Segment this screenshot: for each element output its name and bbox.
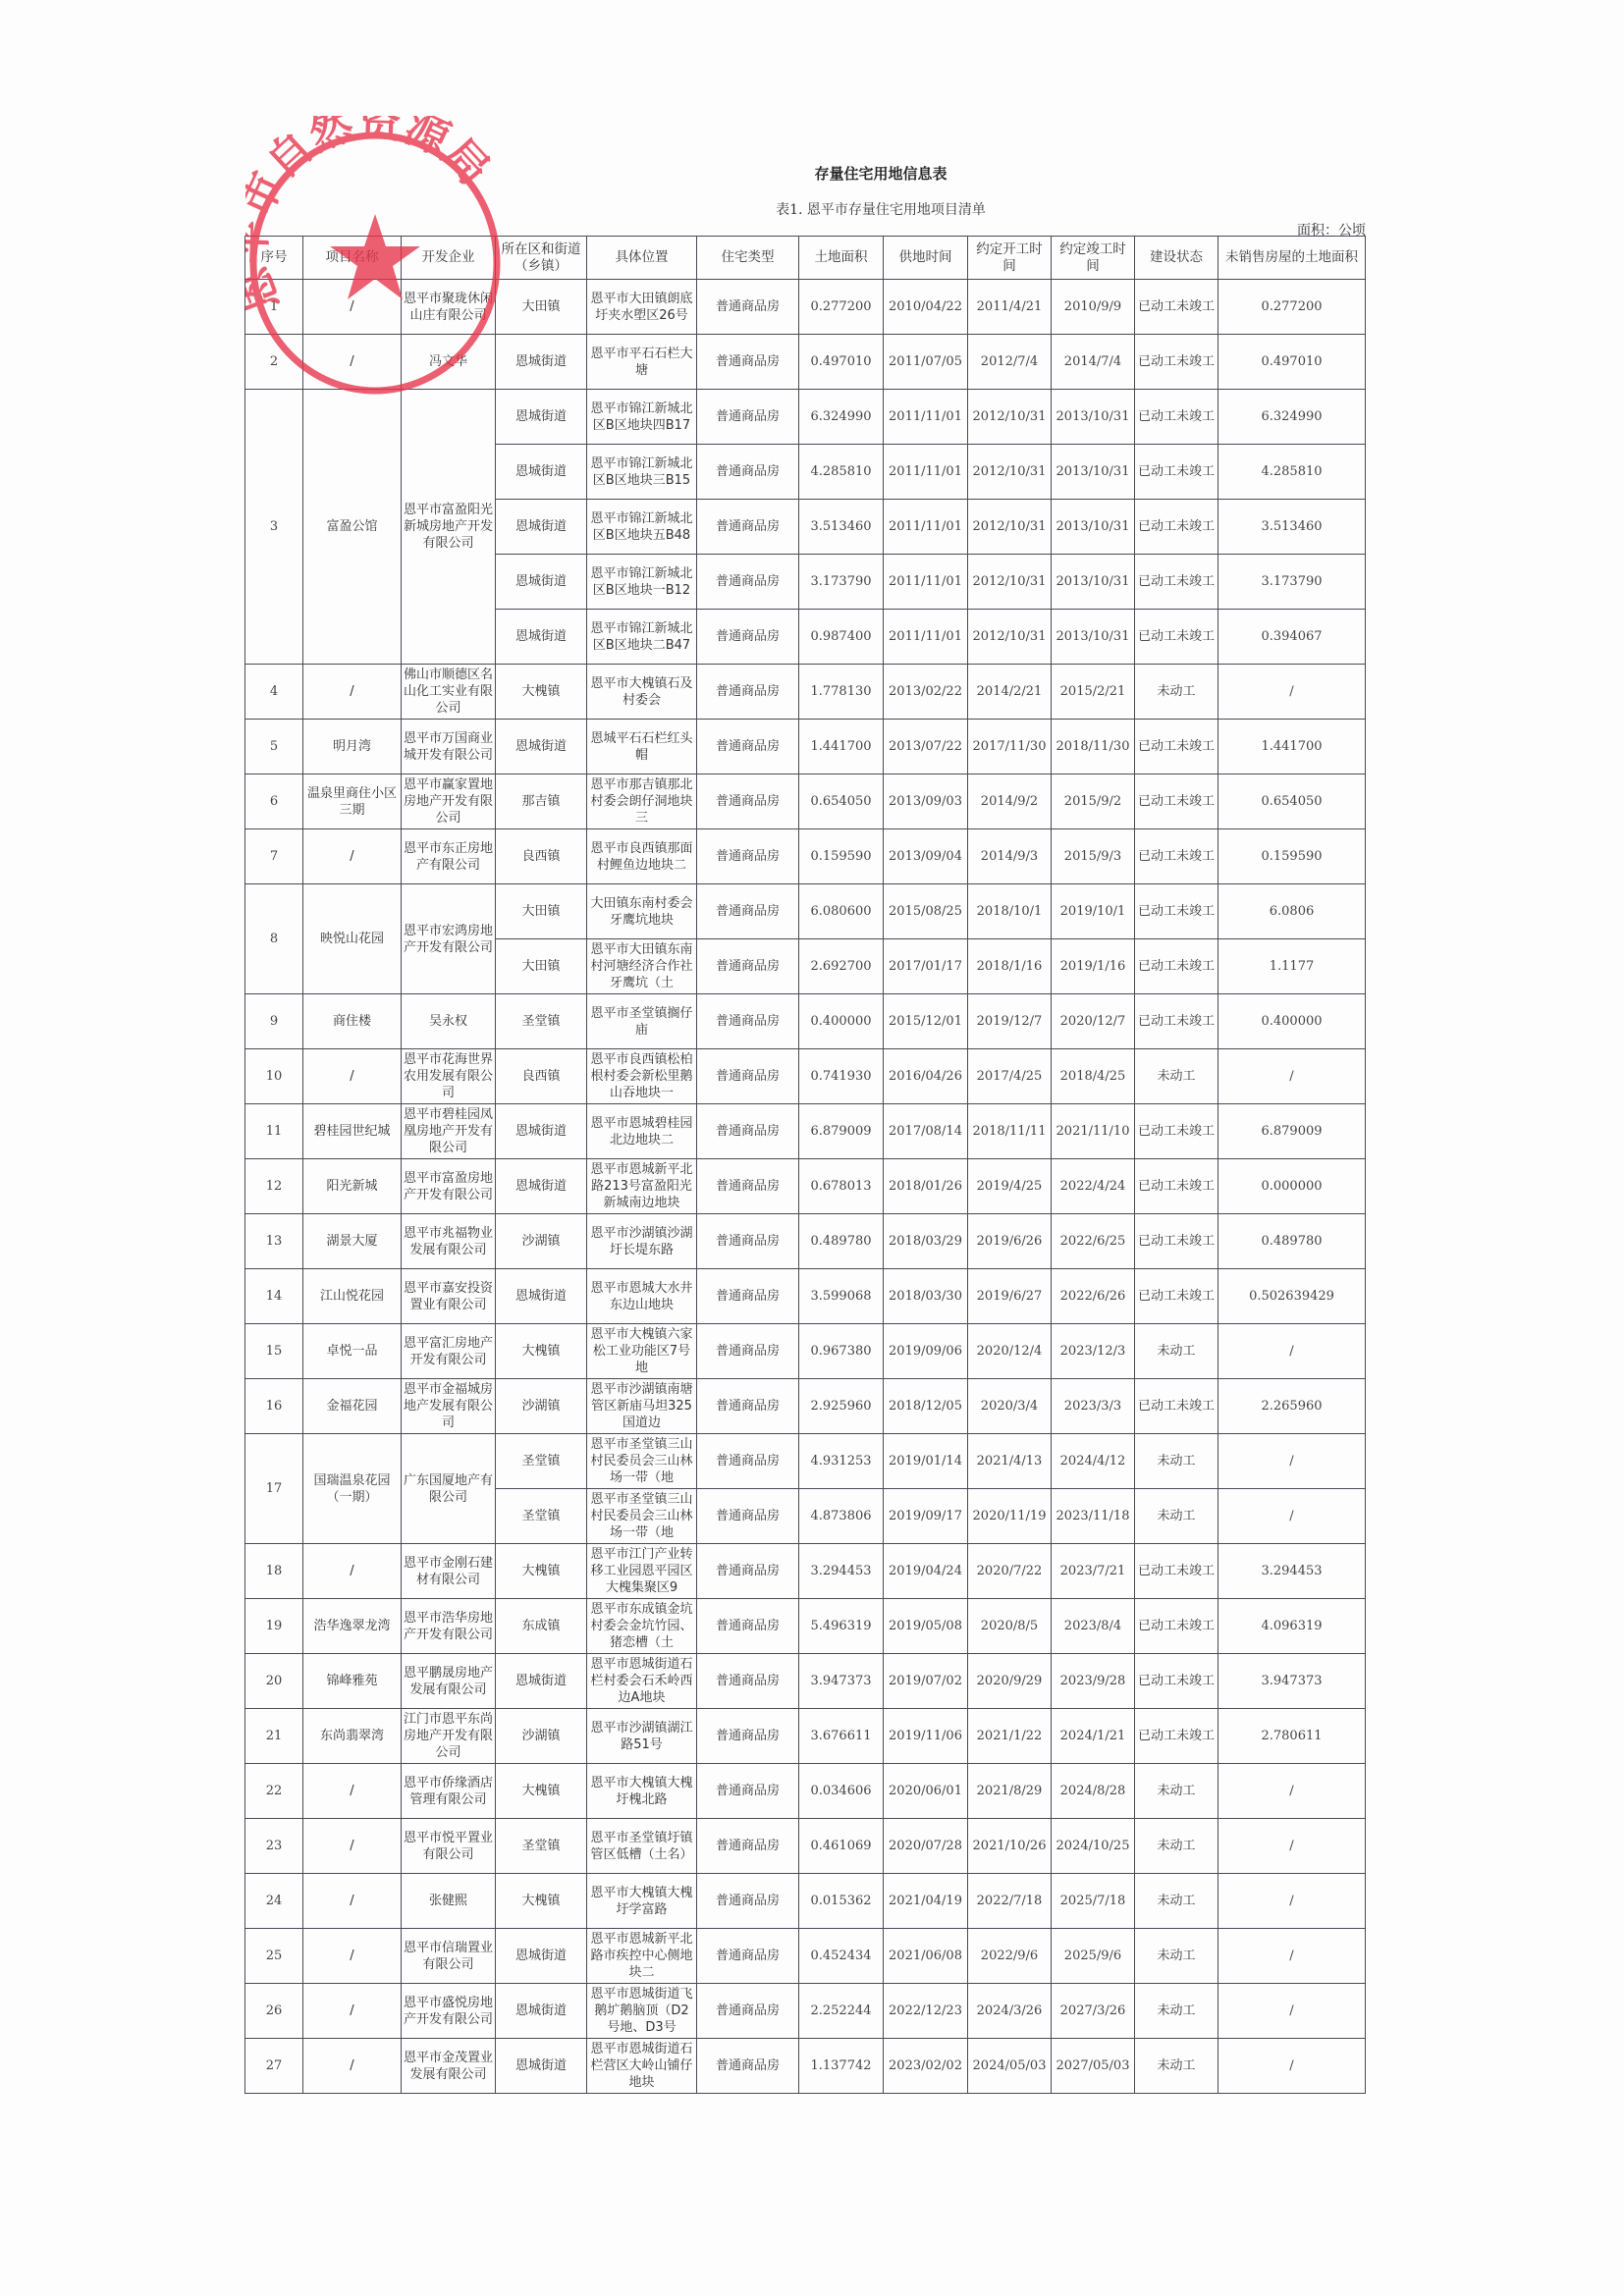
district-cell: 那吉镇 — [496, 774, 587, 829]
completion-date-cell: 2014/7/4 — [1052, 335, 1135, 390]
supply-date-cell: 2010/04/22 — [884, 280, 968, 335]
project-name-cell: / — [303, 280, 402, 335]
table-row: 11碧桂园世纪城恩平市碧桂园凤凰房地产开发有限公司恩城街道恩平市恩城碧桂园北边地… — [245, 1104, 1366, 1159]
developer-cell: 吴永权 — [402, 994, 496, 1049]
completion-date-cell: 2023/7/21 — [1052, 1544, 1135, 1599]
location-cell: 恩平市圣堂镇三山村民委员会三山林场一带（地 — [587, 1434, 697, 1489]
supply-date-cell: 2016/04/26 — [884, 1049, 968, 1104]
completion-date-cell: 2013/10/31 — [1052, 445, 1135, 500]
start-date-cell: 2017/4/25 — [968, 1049, 1052, 1104]
completion-date-cell: 2021/11/10 — [1052, 1104, 1135, 1159]
location-text: 恩平市沙湖镇南塘管区新庙马坦325国道边 — [589, 1381, 694, 1431]
start-date-cell: 2019/6/26 — [968, 1214, 1052, 1269]
project-name-cell: 东尚翡翠湾 — [303, 1709, 402, 1764]
supply-date-cell: 2011/11/01 — [884, 500, 968, 555]
project-name-cell: / — [303, 335, 402, 390]
location-text: 恩平市大槐镇六家松工业功能区7号地 — [589, 1326, 694, 1376]
housing-type-cell: 普通商品房 — [697, 1214, 799, 1269]
developer-cell: 恩平富汇房地产开发有限公司 — [402, 1324, 496, 1379]
developer-cell: 恩平市花海世界农用发展有限公司 — [402, 1049, 496, 1104]
completion-date-cell: 2015/2/21 — [1052, 665, 1135, 720]
developer-cell: 恩平市宏鸿房地产开发有限公司 — [402, 884, 496, 994]
location-cell: 恩平市恩城碧桂园北边地块二 — [587, 1104, 697, 1159]
location-cell: 恩平市大槐镇大槐圩学富路 — [587, 1874, 697, 1929]
housing-type-cell: 普通商品房 — [697, 1544, 799, 1599]
construction-status-cell: 未动工 — [1135, 1489, 1218, 1544]
completion-date-cell: 2019/1/16 — [1052, 939, 1135, 994]
serial-number-cell: 10 — [245, 1049, 303, 1104]
developer-cell: 恩平市碧桂园凤凰房地产开发有限公司 — [402, 1104, 496, 1159]
supply-date-cell: 2018/01/26 — [884, 1159, 968, 1214]
unsold-area-cell: 3.294453 — [1218, 1544, 1366, 1599]
location-text: 恩平市那吉镇那北村委会朗仔洞地块三 — [589, 776, 694, 827]
supply-date-cell: 2018/12/05 — [884, 1379, 968, 1434]
developer-cell: 恩平市悦平置业有限公司 — [402, 1819, 496, 1874]
supply-date-cell: 2019/07/02 — [884, 1654, 968, 1709]
construction-status-cell: 已动工未竣工 — [1135, 1214, 1218, 1269]
construction-status-cell: 已动工未竣工 — [1135, 939, 1218, 994]
housing-type-cell: 普通商品房 — [697, 390, 799, 445]
developer-cell: 恩平市金茂置业发展有限公司 — [402, 2039, 496, 2094]
completion-date-cell: 2015/9/2 — [1052, 774, 1135, 829]
land-area-cell: 2.252244 — [799, 1984, 884, 2039]
district-cell: 恩城街道 — [496, 555, 587, 610]
land-area-cell: 3.173790 — [799, 555, 884, 610]
location-cell: 恩平市恩城街道飞鹅圹鹅脑顶（D2号地、D3号 — [587, 1984, 697, 2039]
start-date-cell: 2012/10/31 — [968, 390, 1052, 445]
location-text: 恩平市恩城碧桂园北边地块二 — [589, 1115, 694, 1148]
housing-type-cell: 普通商品房 — [697, 1159, 799, 1214]
developer-cell: 恩平市赢家置地房地产开发有限公司 — [402, 774, 496, 829]
start-date-cell: 2020/8/5 — [968, 1599, 1052, 1654]
land-area-cell: 0.489780 — [799, 1214, 884, 1269]
district-cell: 恩城街道 — [496, 1654, 587, 1709]
land-area-cell: 2.692700 — [799, 939, 884, 994]
land-area-cell: 0.452434 — [799, 1929, 884, 1984]
housing-type-cell: 普通商品房 — [697, 1819, 799, 1874]
header-cell: 未销售房屋的土地面积 — [1218, 237, 1366, 280]
supply-date-cell: 2019/01/14 — [884, 1434, 968, 1489]
completion-date-cell: 2027/3/26 — [1052, 1984, 1135, 2039]
project-name-cell: / — [303, 1984, 402, 2039]
table-row: 6温泉里商住小区三期恩平市赢家置地房地产开发有限公司那吉镇恩平市那吉镇那北村委会… — [245, 774, 1366, 829]
district-cell: 恩城街道 — [496, 390, 587, 445]
start-date-cell: 2012/10/31 — [968, 555, 1052, 610]
developer-cell: 恩平市富盈房地产开发有限公司 — [402, 1159, 496, 1214]
housing-type-cell: 普通商品房 — [697, 665, 799, 720]
developer-cell: 江门市恩平东尚房地产开发有限公司 — [402, 1709, 496, 1764]
supply-date-cell: 2011/07/05 — [884, 335, 968, 390]
document-title: 存量住宅用地信息表 — [0, 163, 1624, 184]
district-cell: 沙湖镇 — [496, 1214, 587, 1269]
housing-type-cell: 普通商品房 — [697, 555, 799, 610]
start-date-cell: 2019/6/27 — [968, 1269, 1052, 1324]
completion-date-cell: 2013/10/31 — [1052, 390, 1135, 445]
unsold-area-cell: / — [1218, 1984, 1366, 2039]
unsold-area-cell: 0.277200 — [1218, 280, 1366, 335]
supply-date-cell: 2018/03/30 — [884, 1269, 968, 1324]
table-row: 19浩华逸翠龙湾恩平市浩华房地产开发有限公司东成镇恩平市东成镇金坑村委会金坑竹园… — [245, 1599, 1366, 1654]
district-cell: 大槐镇 — [496, 1874, 587, 1929]
start-date-cell: 2019/4/25 — [968, 1159, 1052, 1214]
project-name-cell: 江山悦花园 — [303, 1269, 402, 1324]
district-cell: 良西镇 — [496, 1049, 587, 1104]
land-area-cell: 3.676611 — [799, 1709, 884, 1764]
housing-type-cell: 普通商品房 — [697, 1434, 799, 1489]
header-cell: 开发企业 — [402, 237, 496, 280]
housing-type-cell: 普通商品房 — [697, 1324, 799, 1379]
location-cell: 恩平市恩城新平北路市疾控中心侧地块二 — [587, 1929, 697, 1984]
land-area-cell: 0.015362 — [799, 1874, 884, 1929]
land-area-cell: 6.324990 — [799, 390, 884, 445]
developer-cell: 恩平市信瑞置业有限公司 — [402, 1929, 496, 1984]
housing-type-cell: 普通商品房 — [697, 1874, 799, 1929]
serial-number-cell: 14 — [245, 1269, 303, 1324]
supply-date-cell: 2011/11/01 — [884, 390, 968, 445]
construction-status-cell: 已动工未竣工 — [1135, 335, 1218, 390]
location-text: 恩城平石石栏红头帽 — [589, 730, 694, 764]
construction-status-cell: 已动工未竣工 — [1135, 1654, 1218, 1709]
supply-date-cell: 2011/11/01 — [884, 555, 968, 610]
completion-date-cell: 2018/11/30 — [1052, 720, 1135, 774]
table-row: 27/恩平市金茂置业发展有限公司恩城街道恩平市恩城街道石栏营区大岭山铺仔地块普通… — [245, 2039, 1366, 2094]
unsold-area-cell: / — [1218, 1929, 1366, 1984]
completion-date-cell: 2023/12/3 — [1052, 1324, 1135, 1379]
unsold-area-cell: / — [1218, 1764, 1366, 1819]
land-area-cell: 1.778130 — [799, 665, 884, 720]
supply-date-cell: 2019/05/08 — [884, 1599, 968, 1654]
unsold-area-cell: 0.497010 — [1218, 335, 1366, 390]
serial-number-cell: 26 — [245, 1984, 303, 2039]
completion-date-cell: 2025/9/6 — [1052, 1929, 1135, 1984]
location-cell: 恩平市江门产业转移工业园恩平园区大槐集聚区9 — [587, 1544, 697, 1599]
location-text: 恩平市东成镇金坑村委会金坑竹园、猪恋槽（土 — [589, 1601, 694, 1651]
unsold-area-cell: 0.394067 — [1218, 610, 1366, 665]
table-row: 1/恩平市聚珑休闲山庄有限公司大田镇恩平市大田镇朗底圩夹水塱区26号普通商品房0… — [245, 280, 1366, 335]
unsold-area-cell: 0.489780 — [1218, 1214, 1366, 1269]
construction-status-cell: 未动工 — [1135, 665, 1218, 720]
construction-status-cell: 未动工 — [1135, 1984, 1218, 2039]
supply-date-cell: 2022/12/23 — [884, 1984, 968, 2039]
table-row: 2/冯文华恩城街道恩平市平石石栏大塘普通商品房0.4970102011/07/0… — [245, 335, 1366, 390]
developer-cell: 恩平市嘉安投资置业有限公司 — [402, 1269, 496, 1324]
construction-status-cell: 已动工未竣工 — [1135, 390, 1218, 445]
construction-status-cell: 未动工 — [1135, 1929, 1218, 1984]
supply-date-cell: 2018/03/29 — [884, 1214, 968, 1269]
serial-number-cell: 9 — [245, 994, 303, 1049]
serial-number-cell: 6 — [245, 774, 303, 829]
developer-cell: 恩平市盛悦房地产开发有限公司 — [402, 1984, 496, 2039]
project-name-cell: 温泉里商住小区三期 — [303, 774, 402, 829]
construction-status-cell: 已动工未竣工 — [1135, 1159, 1218, 1214]
unsold-area-cell: 4.096319 — [1218, 1599, 1366, 1654]
unsold-area-cell: / — [1218, 2039, 1366, 2094]
completion-date-cell: 2024/10/25 — [1052, 1819, 1135, 1874]
land-area-cell: 0.987400 — [799, 610, 884, 665]
location-text: 恩平市锦江新城北区B区地块四B17 — [589, 400, 694, 434]
land-inventory-table: 序号 项目名称 开发企业 所在区和街道（乡镇） 具体位置 住宅类型 土地面积 供… — [244, 236, 1366, 2094]
table-row: 21东尚翡翠湾江门市恩平东尚房地产开发有限公司沙湖镇恩平市沙湖镇湖江路51号普通… — [245, 1709, 1366, 1764]
table-row: 8映悦山花园恩平市宏鸿房地产开发有限公司大田镇大田镇东南村委会牙鹰坑地块普通商品… — [245, 884, 1366, 939]
supply-date-cell: 2013/09/04 — [884, 829, 968, 884]
serial-number-cell: 3 — [245, 390, 303, 665]
district-cell: 恩城街道 — [496, 1104, 587, 1159]
district-cell: 恩城街道 — [496, 720, 587, 774]
unsold-area-cell: 6.324990 — [1218, 390, 1366, 445]
project-name-cell: 映悦山花园 — [303, 884, 402, 994]
unsold-area-cell: 6.879009 — [1218, 1104, 1366, 1159]
land-area-cell: 4.285810 — [799, 445, 884, 500]
supply-date-cell: 2019/09/06 — [884, 1324, 968, 1379]
supply-date-cell: 2023/02/02 — [884, 2039, 968, 2094]
location-text: 恩平市恩城街道飞鹅圹鹅脑顶（D2号地、D3号 — [589, 1986, 694, 2036]
location-cell: 恩平市恩城街道石栏村委会石禾岭西边A地块 — [587, 1654, 697, 1709]
project-name-cell: 商住楼 — [303, 994, 402, 1049]
header-cell: 约定开工时间 — [968, 237, 1052, 280]
location-cell: 恩平市锦江新城北区B区地块三B15 — [587, 445, 697, 500]
unsold-area-cell: / — [1218, 1819, 1366, 1874]
table-row: 16金福花园恩平市金福城房地产发展有限公司沙湖镇恩平市沙湖镇南塘管区新庙马坦32… — [245, 1379, 1366, 1434]
location-text: 大田镇东南村委会牙鹰坑地块 — [589, 895, 694, 929]
start-date-cell: 2018/1/16 — [968, 939, 1052, 994]
project-name-cell: 阳光新城 — [303, 1159, 402, 1214]
location-cell: 恩平市东成镇金坑村委会金坑竹园、猪恋槽（土 — [587, 1599, 697, 1654]
start-date-cell: 2021/8/29 — [968, 1764, 1052, 1819]
supply-date-cell: 2017/01/17 — [884, 939, 968, 994]
housing-type-cell: 普通商品房 — [697, 2039, 799, 2094]
header-cell: 项目名称 — [303, 237, 402, 280]
district-cell: 大槐镇 — [496, 1544, 587, 1599]
land-area-cell: 1.137742 — [799, 2039, 884, 2094]
construction-status-cell: 已动工未竣工 — [1135, 1709, 1218, 1764]
unsold-area-cell: 2.780611 — [1218, 1709, 1366, 1764]
project-name-cell: 浩华逸翠龙湾 — [303, 1599, 402, 1654]
start-date-cell: 2020/7/22 — [968, 1544, 1052, 1599]
district-cell: 恩城街道 — [496, 610, 587, 665]
district-cell: 圣堂镇 — [496, 1819, 587, 1874]
supply-date-cell: 2019/04/24 — [884, 1544, 968, 1599]
table-body: 1/恩平市聚珑休闲山庄有限公司大田镇恩平市大田镇朗底圩夹水塱区26号普通商品房0… — [245, 280, 1366, 2094]
project-name-cell: / — [303, 1874, 402, 1929]
completion-date-cell: 2013/10/31 — [1052, 555, 1135, 610]
table-row: 10/恩平市花海世界农用发展有限公司良西镇恩平市良西镇松柏根村委会新松里鹅山吞地… — [245, 1049, 1366, 1104]
location-cell: 恩平市那吉镇那北村委会朗仔洞地块三 — [587, 774, 697, 829]
construction-status-cell: 已动工未竣工 — [1135, 884, 1218, 939]
unsold-area-cell: 3.947373 — [1218, 1654, 1366, 1709]
housing-type-cell: 普通商品房 — [697, 1929, 799, 1984]
location-cell: 恩平市圣堂镇搁仔庙 — [587, 994, 697, 1049]
project-name-cell: / — [303, 665, 402, 720]
district-cell: 大田镇 — [496, 884, 587, 939]
supply-date-cell: 2015/12/01 — [884, 994, 968, 1049]
developer-cell: 恩平市金刚石建材有限公司 — [402, 1544, 496, 1599]
start-date-cell: 2020/9/29 — [968, 1654, 1052, 1709]
completion-date-cell: 2023/8/4 — [1052, 1599, 1135, 1654]
location-cell: 恩平市恩城大水井东边山地块 — [587, 1269, 697, 1324]
housing-type-cell: 普通商品房 — [697, 1984, 799, 2039]
table-row: 20锦峰雅苑恩平鹏晟房地产发展有限公司恩城街道恩平市恩城街道石栏村委会石禾岭西边… — [245, 1654, 1366, 1709]
header-cell: 供地时间 — [884, 237, 968, 280]
location-cell: 恩平市良西镇那面村鲤鱼边地块二 — [587, 829, 697, 884]
serial-number-cell: 20 — [245, 1654, 303, 1709]
unsold-area-cell: 0.159590 — [1218, 829, 1366, 884]
construction-status-cell: 已动工未竣工 — [1135, 1104, 1218, 1159]
completion-date-cell: 2024/4/12 — [1052, 1434, 1135, 1489]
unsold-area-cell: / — [1218, 1489, 1366, 1544]
construction-status-cell: 未动工 — [1135, 1324, 1218, 1379]
unsold-area-cell: / — [1218, 1874, 1366, 1929]
district-cell: 沙湖镇 — [496, 1709, 587, 1764]
location-cell: 恩平市圣堂镇圩镇管区低槽（土名） — [587, 1819, 697, 1874]
developer-cell: 冯文华 — [402, 335, 496, 390]
location-text: 恩平市恩城街道石栏营区大岭山铺仔地块 — [589, 2041, 694, 2091]
project-name-cell: 金福花园 — [303, 1379, 402, 1434]
construction-status-cell: 已动工未竣工 — [1135, 994, 1218, 1049]
location-text: 恩平市圣堂镇搁仔庙 — [589, 1005, 694, 1039]
unsold-area-cell: 6.0806 — [1218, 884, 1366, 939]
supply-date-cell: 2013/09/03 — [884, 774, 968, 829]
serial-number-cell: 13 — [245, 1214, 303, 1269]
project-name-cell: 锦峰雅苑 — [303, 1654, 402, 1709]
serial-number-cell: 4 — [245, 665, 303, 720]
serial-number-cell: 17 — [245, 1434, 303, 1544]
unsold-area-cell: / — [1218, 665, 1366, 720]
supply-date-cell: 2021/04/19 — [884, 1874, 968, 1929]
serial-number-cell: 5 — [245, 720, 303, 774]
housing-type-cell: 普通商品房 — [697, 720, 799, 774]
district-cell: 圣堂镇 — [496, 994, 587, 1049]
location-cell: 恩平市大槐镇六家松工业功能区7号地 — [587, 1324, 697, 1379]
table-row: 26/恩平市盛悦房地产开发有限公司恩城街道恩平市恩城街道飞鹅圹鹅脑顶（D2号地、… — [245, 1984, 1366, 2039]
land-area-cell: 4.931253 — [799, 1434, 884, 1489]
table-row: 24/张健熙大槐镇恩平市大槐镇大槐圩学富路普通商品房0.0153622021/0… — [245, 1874, 1366, 1929]
supply-date-cell: 2020/06/01 — [884, 1764, 968, 1819]
location-text: 恩平市大槐镇大槐圩槐北路 — [589, 1775, 694, 1808]
start-date-cell: 2022/7/18 — [968, 1874, 1052, 1929]
housing-type-cell: 普通商品房 — [697, 445, 799, 500]
district-cell: 恩城街道 — [496, 1159, 587, 1214]
land-area-cell: 0.678013 — [799, 1159, 884, 1214]
location-text: 恩平市大槐镇大槐圩学富路 — [589, 1885, 694, 1918]
housing-type-cell: 普通商品房 — [697, 1764, 799, 1819]
district-cell: 恩城街道 — [496, 2039, 587, 2094]
project-name-cell: / — [303, 1764, 402, 1819]
location-text: 恩平市锦江新城北区B区地块三B15 — [589, 455, 694, 489]
header-cell: 约定竣工时间 — [1052, 237, 1135, 280]
construction-status-cell: 已动工未竣工 — [1135, 280, 1218, 335]
land-area-cell: 1.441700 — [799, 720, 884, 774]
district-cell: 恩城街道 — [496, 445, 587, 500]
header-cell: 序号 — [245, 237, 303, 280]
housing-type-cell: 普通商品房 — [697, 1104, 799, 1159]
start-date-cell: 2012/7/4 — [968, 335, 1052, 390]
housing-type-cell: 普通商品房 — [697, 335, 799, 390]
serial-number-cell: 8 — [245, 884, 303, 994]
land-area-cell: 3.947373 — [799, 1654, 884, 1709]
completion-date-cell: 2023/9/28 — [1052, 1654, 1135, 1709]
start-date-cell: 2019/12/7 — [968, 994, 1052, 1049]
district-cell: 东成镇 — [496, 1599, 587, 1654]
district-cell: 圣堂镇 — [496, 1489, 587, 1544]
project-name-cell: / — [303, 2039, 402, 2094]
land-area-cell: 0.741930 — [799, 1049, 884, 1104]
completion-date-cell: 2024/8/28 — [1052, 1764, 1135, 1819]
location-cell: 恩平市大田镇朗底圩夹水塱区26号 — [587, 280, 697, 335]
project-name-cell: 碧桂园世纪城 — [303, 1104, 402, 1159]
housing-type-cell: 普通商品房 — [697, 939, 799, 994]
table-row: 25/恩平市信瑞置业有限公司恩城街道恩平市恩城新平北路市疾控中心侧地块二普通商品… — [245, 1929, 1366, 1984]
serial-number-cell: 25 — [245, 1929, 303, 1984]
unsold-area-cell: 4.285810 — [1218, 445, 1366, 500]
unsold-area-cell: / — [1218, 1324, 1366, 1379]
supply-date-cell: 2013/02/22 — [884, 665, 968, 720]
serial-number-cell: 2 — [245, 335, 303, 390]
developer-cell: 恩平市浩华房地产开发有限公司 — [402, 1599, 496, 1654]
housing-type-cell: 普通商品房 — [697, 610, 799, 665]
table-header-row: 序号 项目名称 开发企业 所在区和街道（乡镇） 具体位置 住宅类型 土地面积 供… — [245, 237, 1366, 280]
location-cell: 恩平市沙湖镇南塘管区新庙马坦325国道边 — [587, 1379, 697, 1434]
district-cell: 大田镇 — [496, 939, 587, 994]
unsold-area-cell: 3.513460 — [1218, 500, 1366, 555]
table-row: 5明月湾恩平市万国商业城开发有限公司恩城街道恩城平石石栏红头帽普通商品房1.44… — [245, 720, 1366, 774]
developer-cell: 张健熙 — [402, 1874, 496, 1929]
land-area-cell: 3.513460 — [799, 500, 884, 555]
serial-number-cell: 23 — [245, 1819, 303, 1874]
developer-cell: 广东国厦地产有限公司 — [402, 1434, 496, 1544]
project-name-cell: 富盈公馆 — [303, 390, 402, 665]
land-area-cell: 5.496319 — [799, 1599, 884, 1654]
location-cell: 恩平市良西镇松柏根村委会新松里鹅山吞地块一 — [587, 1049, 697, 1104]
completion-date-cell: 2022/4/24 — [1052, 1159, 1135, 1214]
unsold-area-cell: 3.173790 — [1218, 555, 1366, 610]
location-text: 恩平市圣堂镇圩镇管区低槽（土名） — [589, 1830, 694, 1863]
project-name-cell: / — [303, 1929, 402, 1984]
construction-status-cell: 已动工未竣工 — [1135, 1379, 1218, 1434]
supply-date-cell: 2015/08/25 — [884, 884, 968, 939]
district-cell: 恩城街道 — [496, 1984, 587, 2039]
table-row: 23/恩平市悦平置业有限公司圣堂镇恩平市圣堂镇圩镇管区低槽（土名）普通商品房0.… — [245, 1819, 1366, 1874]
district-cell: 大田镇 — [496, 280, 587, 335]
location-cell: 恩平市沙湖镇沙湖圩长堤东路 — [587, 1214, 697, 1269]
unsold-area-cell: 0.000000 — [1218, 1159, 1366, 1214]
serial-number-cell: 11 — [245, 1104, 303, 1159]
table-row: 13湖景大厦恩平市兆福物业发展有限公司沙湖镇恩平市沙湖镇沙湖圩长堤东路普通商品房… — [245, 1214, 1366, 1269]
district-cell: 恩城街道 — [496, 1929, 587, 1984]
location-cell: 恩平市大槐镇大槐圩槐北路 — [587, 1764, 697, 1819]
location-cell: 恩平市圣堂镇三山村民委员会三山林场一带（地 — [587, 1489, 697, 1544]
location-text: 恩平市大槐镇石及村委会 — [589, 675, 694, 709]
location-text: 恩平市恩城大水井东边山地块 — [589, 1280, 694, 1313]
project-name-cell: / — [303, 829, 402, 884]
land-area-cell: 3.599068 — [799, 1269, 884, 1324]
start-date-cell: 2024/3/26 — [968, 1984, 1052, 2039]
land-area-cell: 0.461069 — [799, 1819, 884, 1874]
location-cell: 大田镇东南村委会牙鹰坑地块 — [587, 884, 697, 939]
completion-date-cell: 2023/11/18 — [1052, 1489, 1135, 1544]
land-area-cell: 4.873806 — [799, 1489, 884, 1544]
housing-type-cell: 普通商品房 — [697, 1599, 799, 1654]
start-date-cell: 2021/4/13 — [968, 1434, 1052, 1489]
table-row: 3富盈公馆恩平市富盈阳光新城房地产开发有限公司恩城街道恩平市锦江新城北区B区地块… — [245, 390, 1366, 445]
location-text: 恩平市恩城街道石栏村委会石禾岭西边A地块 — [589, 1656, 694, 1706]
housing-type-cell: 普通商品房 — [697, 280, 799, 335]
location-cell: 恩平市锦江新城北区B区地块二B47 — [587, 610, 697, 665]
land-area-cell: 2.925960 — [799, 1379, 884, 1434]
table-row: 22/恩平市侨缘酒店管理有限公司大槐镇恩平市大槐镇大槐圩槐北路普通商品房0.03… — [245, 1764, 1366, 1819]
location-text: 恩平市大田镇东南村河塘经济合作社牙鹰坑（土 — [589, 941, 694, 991]
district-cell: 恩城街道 — [496, 500, 587, 555]
start-date-cell: 2020/12/4 — [968, 1324, 1052, 1379]
